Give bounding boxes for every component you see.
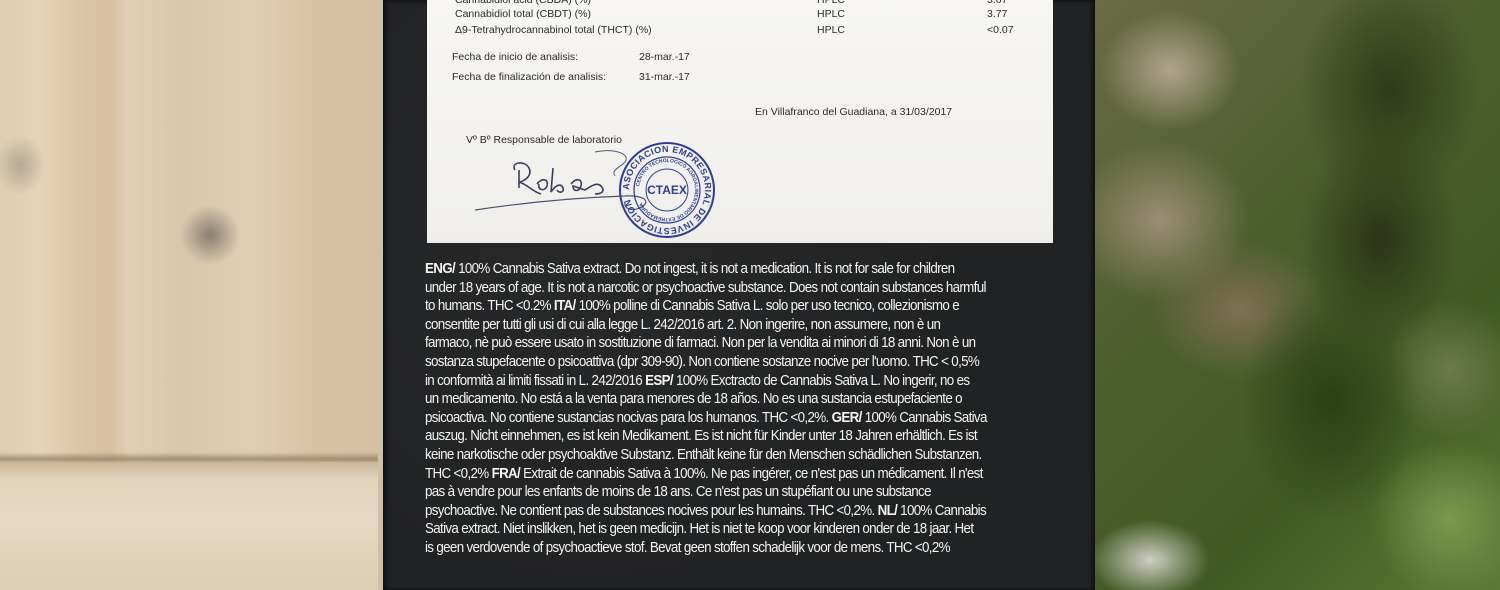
- language-code: ITA/: [554, 297, 576, 314]
- product-box: Cannabidiol acid (CBDA) (%) HPLC 3.67 Ca…: [383, 0, 1095, 590]
- disclaimer-text: psychoactive. Ne contient pas de substan…: [425, 502, 878, 519]
- disclaimer-text: 100% Exctracto de Cannabis Sativa L. No …: [673, 372, 970, 389]
- disclaimer-line: ENG/ 100% Cannabis Sativa extract. Do no…: [425, 260, 1006, 279]
- place-and-date: En Villafranco del Guadiana, a 31/03/201…: [755, 106, 952, 118]
- disclaimer-line: is geen verdovende of psychoactieve stof…: [425, 539, 1006, 558]
- svg-text:CTAEX: CTAEX: [647, 183, 687, 197]
- multilingual-disclaimer: ENG/ 100% Cannabis Sativa extract. Do no…: [425, 260, 1006, 558]
- disclaimer-text: to humans. THC <0.2%: [425, 297, 554, 314]
- result-method: HPLC: [817, 24, 845, 36]
- ctaex-stamp-icon: ASOCIACION EMPRESARIAL DE INVESTIGACION …: [617, 140, 717, 240]
- disclaimer-text: Extrait de cannabis Sativa à 100%. Ne pa…: [520, 465, 983, 482]
- disclaimer-text: THC <0,2%: [425, 465, 492, 482]
- disclaimer-line: psicoactiva. No contiene sustancias noci…: [425, 409, 1006, 428]
- disclaimer-text: farmaco, nè può essere usato in sostituz…: [425, 334, 975, 351]
- language-code: FRA/: [492, 465, 521, 482]
- disclaimer-text: under 18 years of age. It is not a narco…: [425, 279, 986, 296]
- disclaimer-line: Sativa extract. Niet inslikken, het is g…: [425, 520, 1006, 539]
- disclaimer-text: un medicamento. No está a la venta para …: [425, 390, 962, 407]
- wooden-shelf: [0, 462, 378, 590]
- language-code: ENG/: [425, 260, 455, 277]
- disclaimer-line: auszug. Nicht einnehmen, es ist kein Med…: [425, 427, 1006, 446]
- disclaimer-line: un medicamento. No está a la venta para …: [425, 390, 1006, 409]
- disclaimer-line: keine narkotische oder psychoaktive Subs…: [425, 446, 1006, 465]
- disclaimer-text: psicoactiva. No contiene sustancias noci…: [425, 409, 832, 426]
- disclaimer-text: auszug. Nicht einnehmen, es ist kein Med…: [425, 427, 977, 444]
- result-method: HPLC: [817, 8, 845, 20]
- disclaimer-text: pas à vendre pour les enfants de moins d…: [425, 483, 931, 500]
- analysis-start-label: Fecha de inicio de analisis:: [452, 51, 578, 63]
- language-code: NL/: [878, 502, 898, 519]
- result-value: 3.67: [987, 0, 1007, 6]
- blurred-foliage-background: [1090, 0, 1500, 590]
- disclaimer-text: keine narkotische oder psychoaktive Subs…: [425, 446, 982, 463]
- language-code: GER/: [832, 409, 862, 426]
- disclaimer-text: 100% Cannabis: [897, 502, 986, 519]
- result-value: <0.07: [987, 24, 1014, 36]
- disclaimer-text: sostanza stupefacente o psicoattiva (dpr…: [425, 353, 979, 370]
- disclaimer-line: consentite per tutti gli usi di cui alla…: [425, 316, 1006, 335]
- disclaimer-text: 100% Cannabis Sativa: [862, 409, 987, 426]
- language-code: ESP/: [645, 372, 673, 389]
- disclaimer-text: 100% Cannabis Sativa extract. Do not ing…: [455, 260, 954, 277]
- analysis-start-date: 28-mar.-17: [639, 51, 690, 63]
- disclaimer-text: 100% polline di Cannabis Sativa L. solo …: [576, 297, 959, 314]
- disclaimer-line: THC <0,2% FRA/ Extrait de cannabis Sativ…: [425, 465, 1006, 484]
- result-parameter: Cannabidiol total (CBDT) (%): [455, 8, 591, 20]
- result-method: HPLC: [817, 0, 845, 6]
- disclaimer-line: under 18 years of age. It is not a narco…: [425, 279, 1006, 298]
- analysis-end-label: Fecha de finalización de analisis:: [452, 71, 606, 83]
- disclaimer-text: in conformità ai limiti fissati in L. 24…: [425, 372, 645, 389]
- disclaimer-text: is geen verdovende of psychoactieve stof…: [425, 539, 950, 556]
- disclaimer-text: Sativa extract. Niet inslikken, het is g…: [425, 520, 973, 537]
- disclaimer-line: in conformità ai limiti fissati in L. 24…: [425, 372, 1006, 391]
- lab-certificate: Cannabidiol acid (CBDA) (%) HPLC 3.67 Ca…: [427, 0, 1053, 243]
- disclaimer-line: psychoactive. Ne contient pas de substan…: [425, 502, 1006, 521]
- disclaimer-text: consentite per tutti gli usi di cui alla…: [425, 316, 940, 333]
- lab-responsible-label: Vº Bº Responsable de laboratorio: [466, 134, 622, 146]
- result-parameter: Δ9-Tetrahydrocannabinol total (THCT) (%): [455, 24, 652, 36]
- analysis-end-date: 31-mar.-17: [639, 71, 690, 83]
- disclaimer-line: sostanza stupefacente o psicoattiva (dpr…: [425, 353, 1006, 372]
- disclaimer-line: farmaco, nè può essere usato in sostituz…: [425, 334, 1006, 353]
- disclaimer-line: pas à vendre pour les enfants de moins d…: [425, 483, 1006, 502]
- disclaimer-line: to humans. THC <0.2% ITA/ 100% polline d…: [425, 297, 1006, 316]
- result-value: 3.77: [987, 8, 1007, 20]
- result-parameter: Cannabidiol acid (CBDA) (%): [455, 0, 591, 6]
